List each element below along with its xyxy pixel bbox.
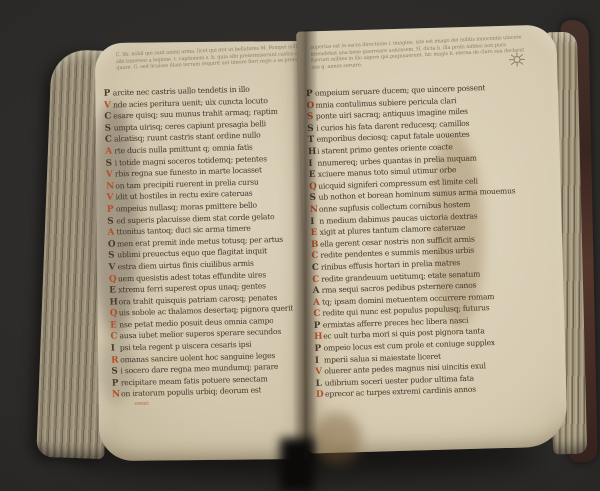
left-text-column: Parcite nec castris uallo tendetis in il…: [104, 83, 309, 401]
initial: I: [111, 343, 120, 353]
red-initial: N: [112, 390, 121, 400]
left-page: C. lib. nobil qui sunt animi arma. licet…: [95, 41, 308, 461]
red-initial: P: [107, 204, 116, 214]
red-initial: V: [106, 193, 115, 203]
red-initial: C: [110, 332, 119, 342]
pen-flourish-icon: [505, 51, 530, 72]
right-text-column: Pompeium seruare ducem; que uincere poss…: [306, 81, 560, 402]
initial: E: [109, 286, 118, 296]
initial: S: [108, 251, 117, 261]
initial: S: [111, 367, 120, 377]
right-page: superius est in sacra directione i. imag…: [296, 24, 568, 453]
initial: C: [105, 135, 114, 145]
red-initial: Q: [109, 274, 118, 284]
initial: V: [108, 262, 117, 272]
red-initial: R: [111, 355, 120, 365]
initial: S: [105, 123, 114, 133]
initial: O: [108, 239, 117, 249]
initial: S: [107, 216, 116, 226]
red-initial: N: [106, 181, 115, 191]
red-initial: Q: [110, 309, 119, 319]
gutter-base-shadow: [280, 438, 314, 491]
right-header-gloss: superius est in sacra directione i. imag…: [310, 34, 537, 71]
red-initial: E: [110, 320, 119, 330]
initial: H: [109, 297, 118, 307]
photo-background: C. lib. nobil qui sunt animi arma. licet…: [0, 0, 600, 491]
initial: P: [104, 88, 113, 98]
red-initial: A: [107, 228, 116, 238]
gutter-shadow: [292, 30, 318, 456]
red-initial: A: [105, 146, 114, 156]
interlinear-gloss: cesari: [135, 402, 149, 407]
red-initial: V: [104, 100, 113, 110]
left-header-gloss: C. lib. nobil qui sunt animi arma. licet…: [116, 44, 303, 72]
verse-text: arcite nec castris uallo tendetis in ill…: [113, 85, 250, 98]
initial: P: [112, 378, 121, 388]
initial: C: [104, 112, 113, 122]
initial: S: [106, 158, 115, 168]
red-initial: V: [106, 170, 115, 180]
